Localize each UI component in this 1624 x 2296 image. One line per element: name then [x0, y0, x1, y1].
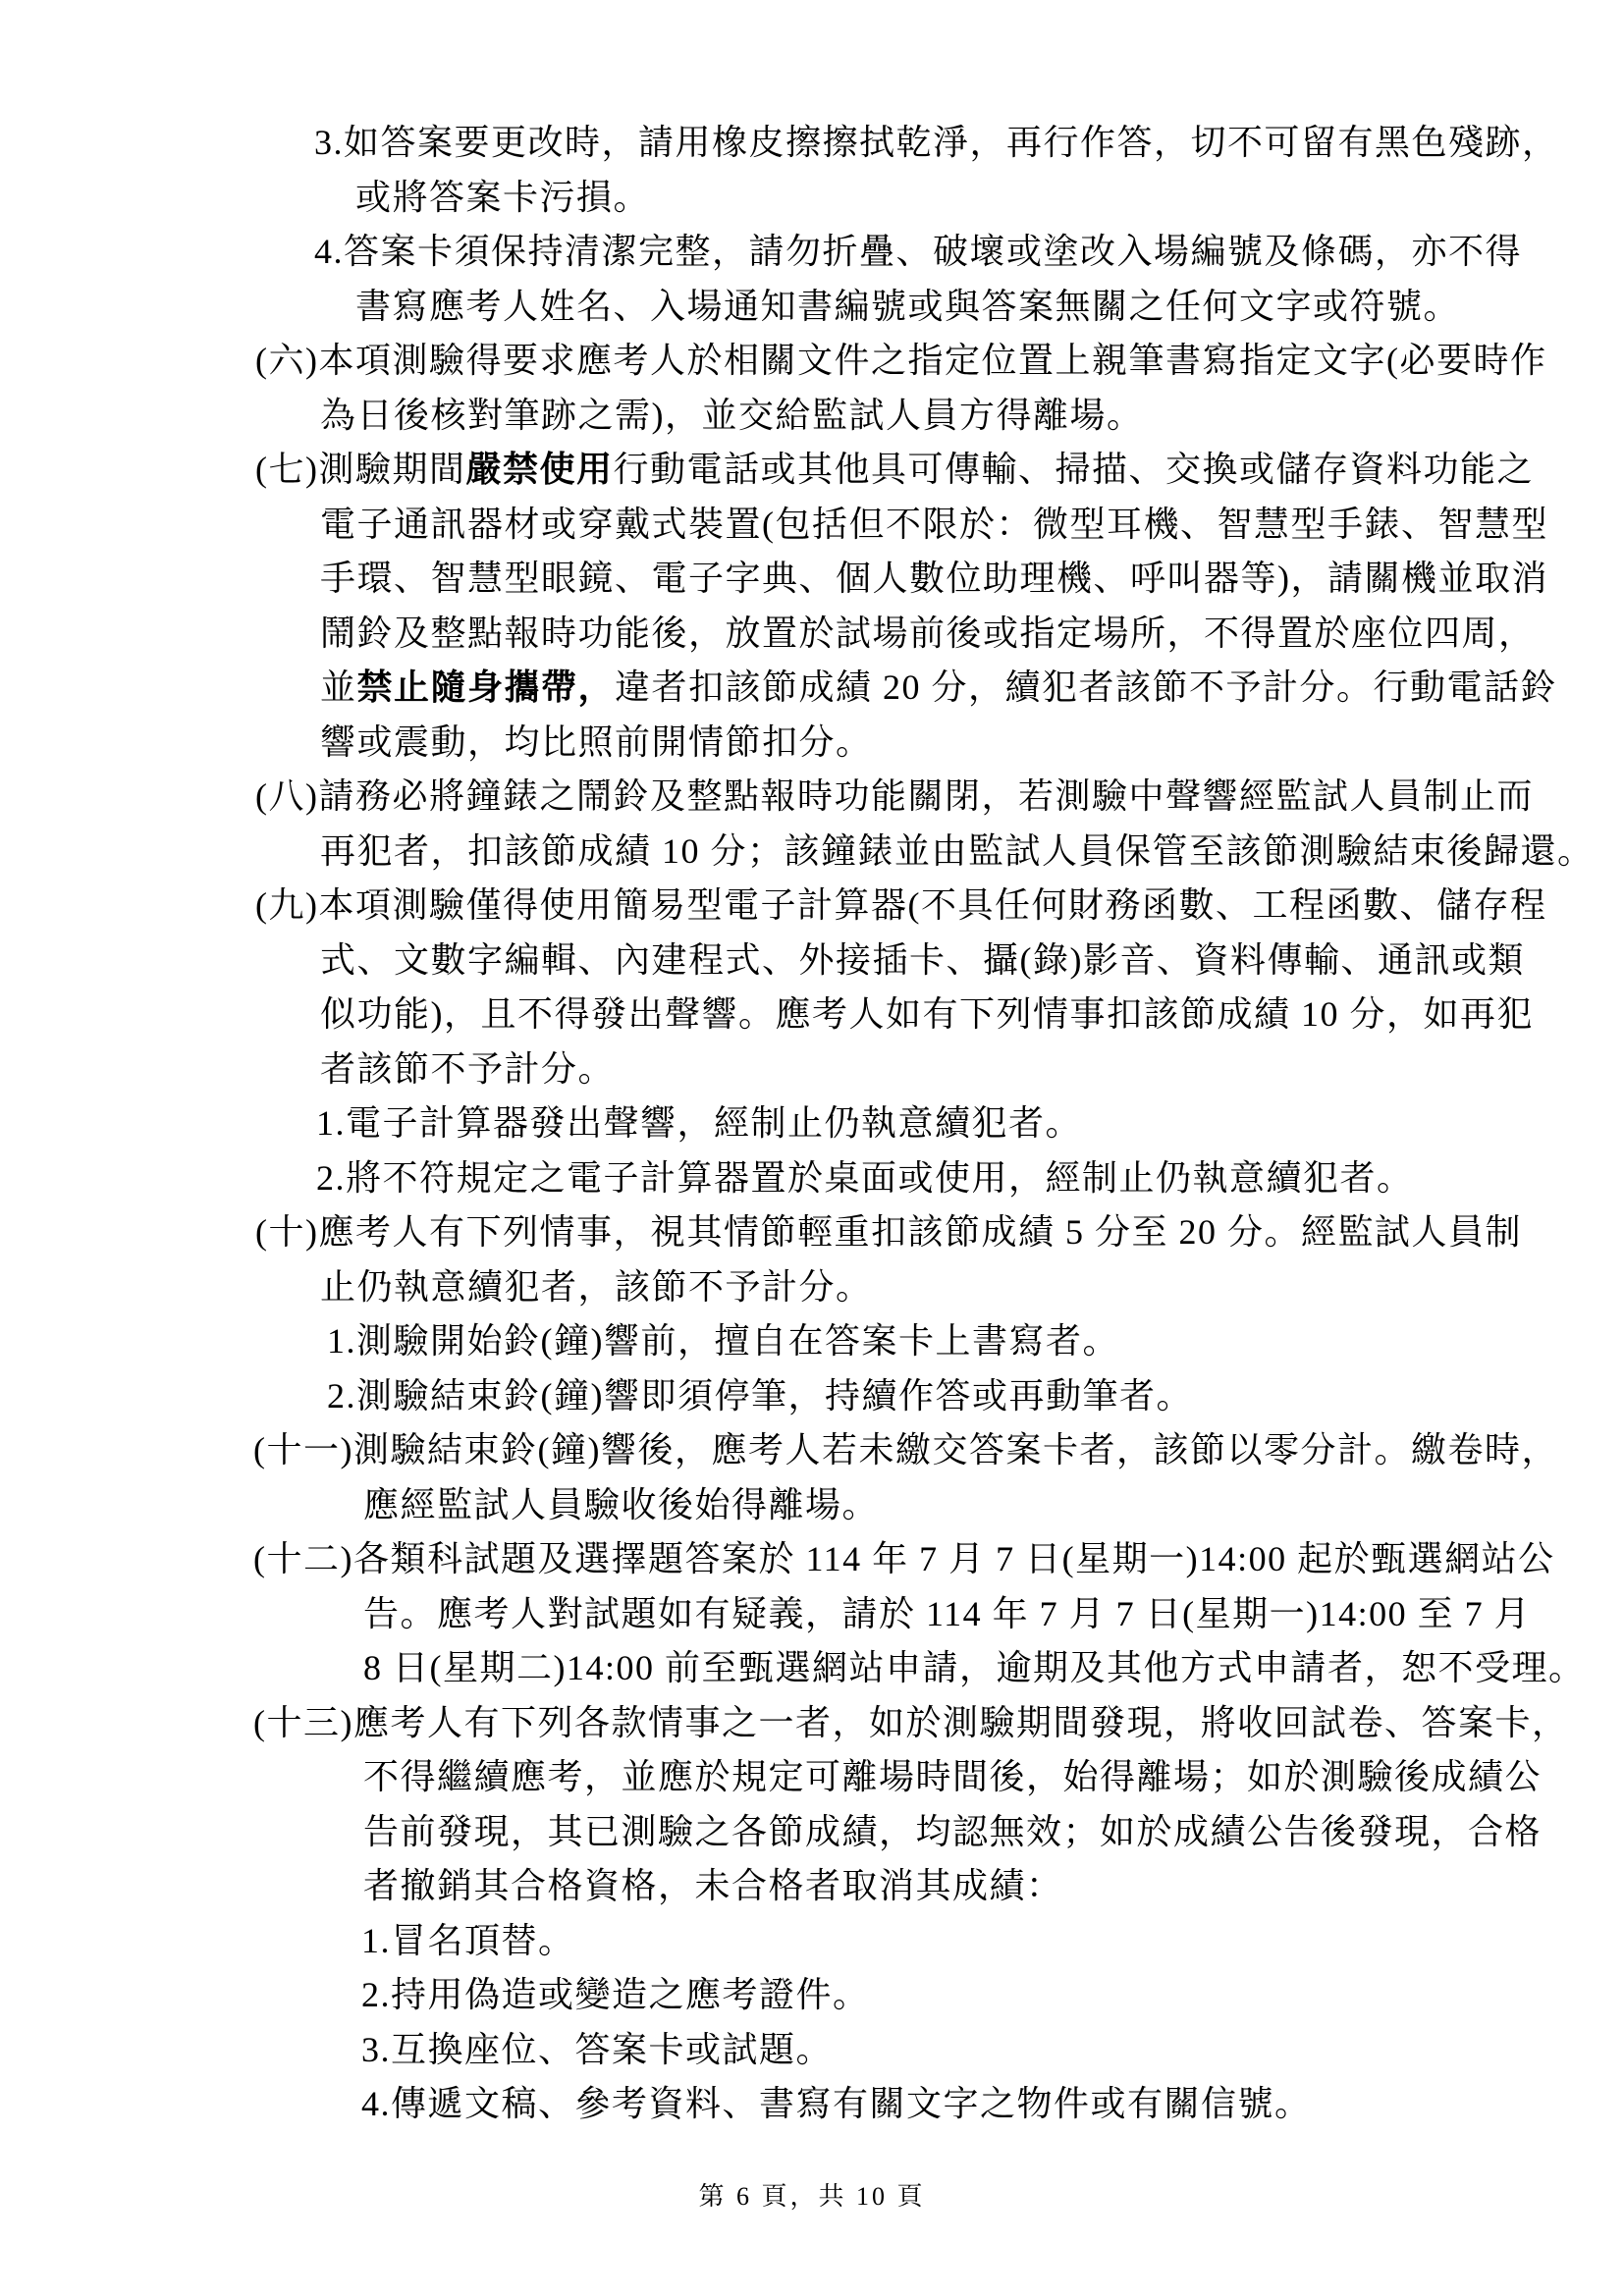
doc-line: 再犯者，扣該節成績 10 分；該鐘錶並由監試人員保管至該節測驗結束後歸還。	[320, 825, 1591, 880]
doc-line: 並禁止隨身攜帶，違者扣該節成績 20 分，續犯者該節不予計分。行動電話鈴	[320, 661, 1591, 716]
doc-line: (十一)測驗結束鈴(鐘)響後，應考人若未繳交答案卡者，該節以零分計。繳卷時，	[253, 1423, 1591, 1478]
document-lines: 3.如答案要更改時，請用橡皮擦擦拭乾淨，再行作答，切不可留有黑色殘跡，或將答案卡…	[255, 116, 1591, 2132]
doc-line: 或將答案卡污損。	[355, 171, 1591, 226]
doc-line: 鬧鈴及整點報時功能後，放置於試場前後或指定場所，不得置於座位四周，	[320, 607, 1591, 662]
doc-line-bold-segment: 嚴禁使用	[465, 450, 613, 489]
doc-line: 4.傳遞文稿、參考資料、書寫有關文字之物件或有關信號。	[361, 2077, 1591, 2132]
doc-line: 8 日(星期二)14:00 前至甄選網站申請，逾期及其他方式申請者，恕不受理。	[363, 1641, 1591, 1696]
doc-line: 不得繼續應考，並應於規定可離場時間後，始得離場；如於測驗後成績公	[363, 1750, 1591, 1805]
doc-line: 電子通訊器材或穿戴式裝置(包括但不限於：微型耳機、智慧型手錶、智慧型	[320, 498, 1591, 553]
doc-line: 告。應考人對試題如有疑義，請於 114 年 7 月 7 日(星期一)14:00 …	[363, 1587, 1591, 1642]
doc-line-segment: 違者扣該節成績 20 分，續犯者該節不予計分。行動電話鈴	[615, 667, 1557, 707]
doc-line: 1.電子計算器發出聲響，經制止仍執意續犯者。	[316, 1096, 1591, 1151]
doc-line: 3.如答案要更改時，請用橡皮擦擦拭乾淨，再行作答，切不可留有黑色殘跡，	[314, 116, 1591, 171]
doc-line: 式、文數字編輯、內建程式、外接插卡、攝(錄)影音、資料傳輸、通訊或類	[320, 934, 1591, 988]
page-footer: 第 6 頁，共 10 頁	[0, 2173, 1624, 2220]
doc-line: 者該節不予計分。	[320, 1042, 1591, 1097]
doc-line: 書寫應考人姓名、入場通知書編號或與答案無關之任何文字或符號。	[355, 280, 1591, 335]
doc-line-segment: 行動電話或其他具可傳輸、掃描、交換或儲存資料功能之	[614, 450, 1535, 489]
doc-line: 者撤銷其合格資格，未合格者取消其成績：	[363, 1859, 1591, 1914]
doc-line: (十)應考人有下列情事，視其情節輕重扣該節成績 5 分至 20 分。經監試人員制	[255, 1205, 1591, 1260]
doc-line-bold-segment: 禁止隨身攜帶，	[357, 667, 616, 707]
doc-line: (八)請務必將鐘錶之鬧鈴及整點報時功能關閉，若測驗中聲響經監試人員制止而	[255, 770, 1591, 825]
doc-line: 止仍執意續犯者，該節不予計分。	[320, 1260, 1591, 1315]
doc-line: 手環、智慧型眼鏡、電子字典、個人數位助理機、呼叫器等)，請關機並取消	[320, 552, 1591, 607]
doc-line: (六)本項測驗得要求應考人於相關文件之指定位置上親筆書寫指定文字(必要時作	[255, 334, 1591, 389]
doc-line: 為日後核對筆跡之需)，並交給監試人員方得離場。	[320, 389, 1591, 444]
doc-line: (七)測驗期間嚴禁使用行動電話或其他具可傳輸、掃描、交換或儲存資料功能之	[255, 443, 1591, 498]
doc-line-segment: 並	[320, 667, 357, 707]
doc-line: 2.持用偽造或變造之應考證件。	[361, 1968, 1591, 2023]
doc-line: (十三)應考人有下列各款情事之一者，如於測驗期間發現，將收回試卷、答案卡，	[253, 1696, 1591, 1751]
page: 3.如答案要更改時，請用橡皮擦擦拭乾淨，再行作答，切不可留有黑色殘跡，或將答案卡…	[0, 0, 1624, 2296]
doc-line: 3.互換座位、答案卡或試題。	[361, 2023, 1591, 2078]
doc-line: 似功能)，且不得發出聲響。應考人如有下列情事扣該節成績 10 分，如再犯	[320, 988, 1591, 1042]
doc-line: 1.冒名頂替。	[361, 1914, 1591, 1969]
doc-line: 告前發現，其已測驗之各節成績，均認無效；如於成績公告後發現，合格	[363, 1805, 1591, 1860]
doc-line-segment: (七)測驗期間	[255, 450, 465, 489]
doc-line: 2.測驗結束鈴(鐘)響即須停筆，持續作答或再動筆者。	[327, 1369, 1591, 1424]
doc-line: 1.測驗開始鈴(鐘)響前，擅自在答案卡上書寫者。	[327, 1314, 1591, 1369]
doc-line: (九)本項測驗僅得使用簡易型電子計算器(不具任何財務函數、工程函數、儲存程	[255, 879, 1591, 934]
doc-line: (十二)各類科試題及選擇題答案於 114 年 7 月 7 日(星期一)14:00…	[253, 1532, 1591, 1587]
doc-line: 4.答案卡須保持清潔完整，請勿折疊、破壞或塗改入場編號及條碼，亦不得	[314, 225, 1591, 280]
doc-line: 2.將不符規定之電子計算器置於桌面或使用，經制止仍執意續犯者。	[316, 1151, 1591, 1206]
doc-line: 響或震動，均比照前開情節扣分。	[320, 716, 1591, 771]
doc-line: 應經監試人員驗收後始得離場。	[363, 1478, 1591, 1533]
